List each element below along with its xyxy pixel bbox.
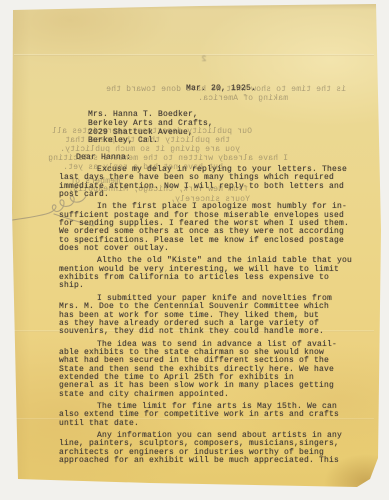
recipient-address-block: Mrs. Hanna T. Boedker, Berkeley Arts and…	[88, 111, 213, 146]
letter-body: Excuse my delay in replying to your lett…	[59, 166, 359, 465]
letter-paper-sheet: 2 is the time to show what we have done …	[0, 0, 389, 500]
paragraph-1: Excuse my delay in replying to your lett…	[59, 166, 359, 199]
recipient-city: Berkeley, Cal.	[88, 137, 213, 146]
bleed-page-number: 2	[200, 55, 208, 65]
bleed-line: making of America.	[198, 94, 288, 103]
letter-date: Mar. 20, 1925.	[186, 84, 256, 93]
paragraph-7: Any information you can send about artis…	[59, 432, 359, 465]
paragraph-5: The idea was to send in advance a list o…	[59, 341, 359, 399]
paper-crease	[14, 54, 374, 56]
paragraph-4: I submitted your paper knife and novelti…	[59, 295, 359, 337]
paragraph-3: Altho the old "Kiste" and the inlaid tab…	[59, 257, 359, 290]
paragraph-6: The time limit for fine arts is May 15th…	[59, 403, 359, 428]
scanned-letter-photo: { "page": { "background_color": "#f2f1ed…	[0, 0, 389, 500]
paragraph-2: In the first place I apologize most humb…	[59, 203, 359, 253]
salutation: Dear Hanna:	[76, 153, 131, 162]
